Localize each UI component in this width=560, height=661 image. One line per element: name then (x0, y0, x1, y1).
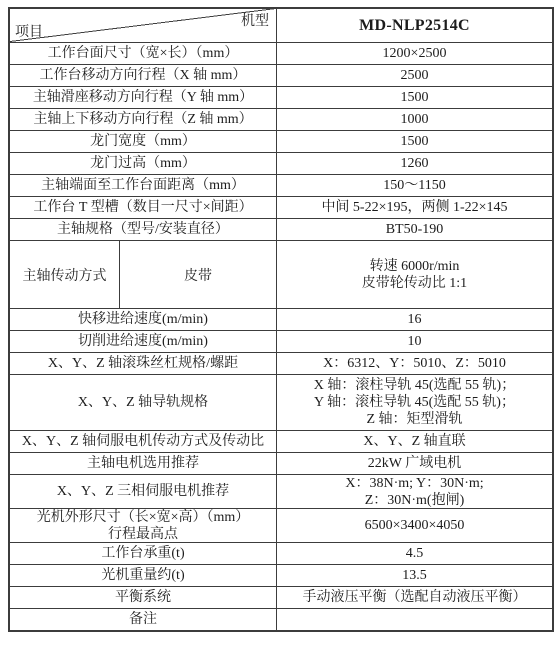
row-label: 光机重量约(t) (10, 565, 277, 586)
label-line: 光机外形尺寸（长×宽×高）（mm） (37, 509, 250, 526)
header-row: 机型 项目 MD-NLP2514C (10, 9, 552, 42)
row-label: 龙门宽度（mm） (10, 131, 277, 152)
table-row: 工作台 T 型槽（数目一尺寸×间距） 中间 5-22×195，两侧 1-22×1… (10, 196, 552, 218)
row-label: 快移进给速度(m/min) (10, 309, 277, 330)
spindle-drive-row: 主轴传动方式 皮带 转速 6000r/min 皮带轮传动比 1:1 (10, 240, 552, 308)
row-value: X、Y、Z 轴直联 (277, 431, 552, 452)
row-label: 工作台承重(t) (10, 543, 277, 564)
split-label-cell: 主轴传动方式 皮带 (10, 241, 277, 308)
row-value: X：6312、Y：5010、Z：5010 (277, 353, 552, 374)
row-label: X、Y、Z 三相伺服电机推荐 (10, 475, 277, 508)
row-label: X、Y、Z 轴导轨规格 (10, 375, 277, 430)
table-row: 光机重量约(t) 13.5 (10, 564, 552, 586)
value-line: Z 轴：矩型滑轨 (366, 411, 462, 428)
value-line: Y 轴：滚柱导轨 45(选配 55 轨)； (314, 394, 515, 411)
value-line: X：38N·m; Y：30N·m; (345, 475, 483, 492)
row-value: 10 (277, 331, 552, 352)
row-label: X、Y、Z 轴伺服电机传动方式及传动比 (10, 431, 277, 452)
label-line: 行程最高点 (108, 526, 178, 543)
row-label: 龙门过高（mm） (10, 153, 277, 174)
row-value: 1200×2500 (277, 43, 552, 64)
row-label: 主轴滑座移动方向行程（Y 轴 mm） (10, 87, 277, 108)
row-value: 1260 (277, 153, 552, 174)
table-row: X、Y、Z 轴滚珠丝杠规格/螺距 X：6312、Y：5010、Z：5010 (10, 352, 552, 374)
value-line: 转速 6000r/min (370, 258, 460, 275)
row-value: 手动液压平衡（选配自动液压平衡） (277, 587, 552, 608)
row-value: X：38N·m; Y：30N·m; Z：30N·m(抱闸) (277, 475, 552, 508)
corner-label-model: 机型 (241, 10, 269, 30)
row-value: 4.5 (277, 543, 552, 564)
row-value: 16 (277, 309, 552, 330)
table-row: X、Y、Z 轴伺服电机传动方式及传动比 X、Y、Z 轴直联 (10, 430, 552, 452)
model-name: MD-NLP2514C (277, 9, 552, 42)
row-label: 工作台面尺寸（宽×长）（mm） (10, 43, 277, 64)
row-value: 6500×3400×4050 (277, 509, 552, 542)
table-row: 工作台面尺寸（宽×长）（mm） 1200×2500 (10, 42, 552, 64)
value-line: 皮带轮传动比 1:1 (362, 275, 467, 292)
row-value: 1500 (277, 87, 552, 108)
table-row: 备注 (10, 608, 552, 630)
row-value: 中间 5-22×195，两侧 1-22×145 (277, 197, 552, 218)
row-label: 主轴上下移动方向行程（Z 轴 mm） (10, 109, 277, 130)
row-value: 22kW 广域电机 (277, 453, 552, 474)
guide-rail-row: X、Y、Z 轴导轨规格 X 轴：滚柱导轨 45(选配 55 轨)； Y 轴：滚柱… (10, 374, 552, 430)
row-label: X、Y、Z 轴滚珠丝杠规格/螺距 (10, 353, 277, 374)
table-row: 主轴滑座移动方向行程（Y 轴 mm） 1500 (10, 86, 552, 108)
servo-motor-row: X、Y、Z 三相伺服电机推荐 X：38N·m; Y：30N·m; Z：30N·m… (10, 474, 552, 508)
row-label: 主轴端面至工作台面距离（mm） (10, 175, 277, 196)
table-row: 工作台移动方向行程（X 轴 mm） 2500 (10, 64, 552, 86)
row-value: 2500 (277, 65, 552, 86)
corner-label-item: 项目 (15, 21, 43, 41)
table-row: 快移进给速度(m/min) 16 (10, 308, 552, 330)
row-label: 工作台 T 型槽（数目一尺寸×间距） (10, 197, 277, 218)
spec-table: 机型 项目 MD-NLP2514C 工作台面尺寸（宽×长）（mm） 1200×2… (8, 7, 554, 632)
row-value: 150～1150 (277, 175, 552, 196)
diagonal-corner-cell: 机型 项目 (10, 9, 277, 42)
table-row: 主轴规格（型号/安装直径） BT50-190 (10, 218, 552, 240)
row-value: 转速 6000r/min 皮带轮传动比 1:1 (277, 241, 552, 308)
value-line: X 轴：滚柱导轨 45(选配 55 轨)； (314, 377, 515, 394)
table-row: 工作台承重(t) 4.5 (10, 542, 552, 564)
table-row: 切削进给速度(m/min) 10 (10, 330, 552, 352)
row-label: 切削进给速度(m/min) (10, 331, 277, 352)
table-row: 平衡系统 手动液压平衡（选配自动液压平衡） (10, 586, 552, 608)
table-row: 龙门过高（mm） 1260 (10, 152, 552, 174)
row-value: BT50-190 (277, 219, 552, 240)
row-label: 光机外形尺寸（长×宽×高）（mm） 行程最高点 (10, 509, 277, 542)
row-label: 主轴传动方式 (10, 241, 120, 308)
table-row: 主轴上下移动方向行程（Z 轴 mm） 1000 (10, 108, 552, 130)
row-value: X 轴：滚柱导轨 45(选配 55 轨)； Y 轴：滚柱导轨 45(选配 55 … (277, 375, 552, 430)
row-label: 工作台移动方向行程（X 轴 mm） (10, 65, 277, 86)
row-value: 13.5 (277, 565, 552, 586)
table-row: 主轴电机选用推荐 22kW 广域电机 (10, 452, 552, 474)
row-label: 备注 (10, 609, 277, 630)
row-label: 平衡系统 (10, 587, 277, 608)
value-line: Z：30N·m(抱闸) (365, 492, 465, 509)
row-value: 1000 (277, 109, 552, 130)
row-label: 主轴电机选用推荐 (10, 453, 277, 474)
row-sublabel: 皮带 (120, 241, 276, 308)
machine-dimensions-row: 光机外形尺寸（长×宽×高）（mm） 行程最高点 6500×3400×4050 (10, 508, 552, 542)
table-row: 主轴端面至工作台面距离（mm） 150～1150 (10, 174, 552, 196)
row-label: 主轴规格（型号/安装直径） (10, 219, 277, 240)
table-row: 龙门宽度（mm） 1500 (10, 130, 552, 152)
row-value: 1500 (277, 131, 552, 152)
row-value (277, 609, 552, 630)
